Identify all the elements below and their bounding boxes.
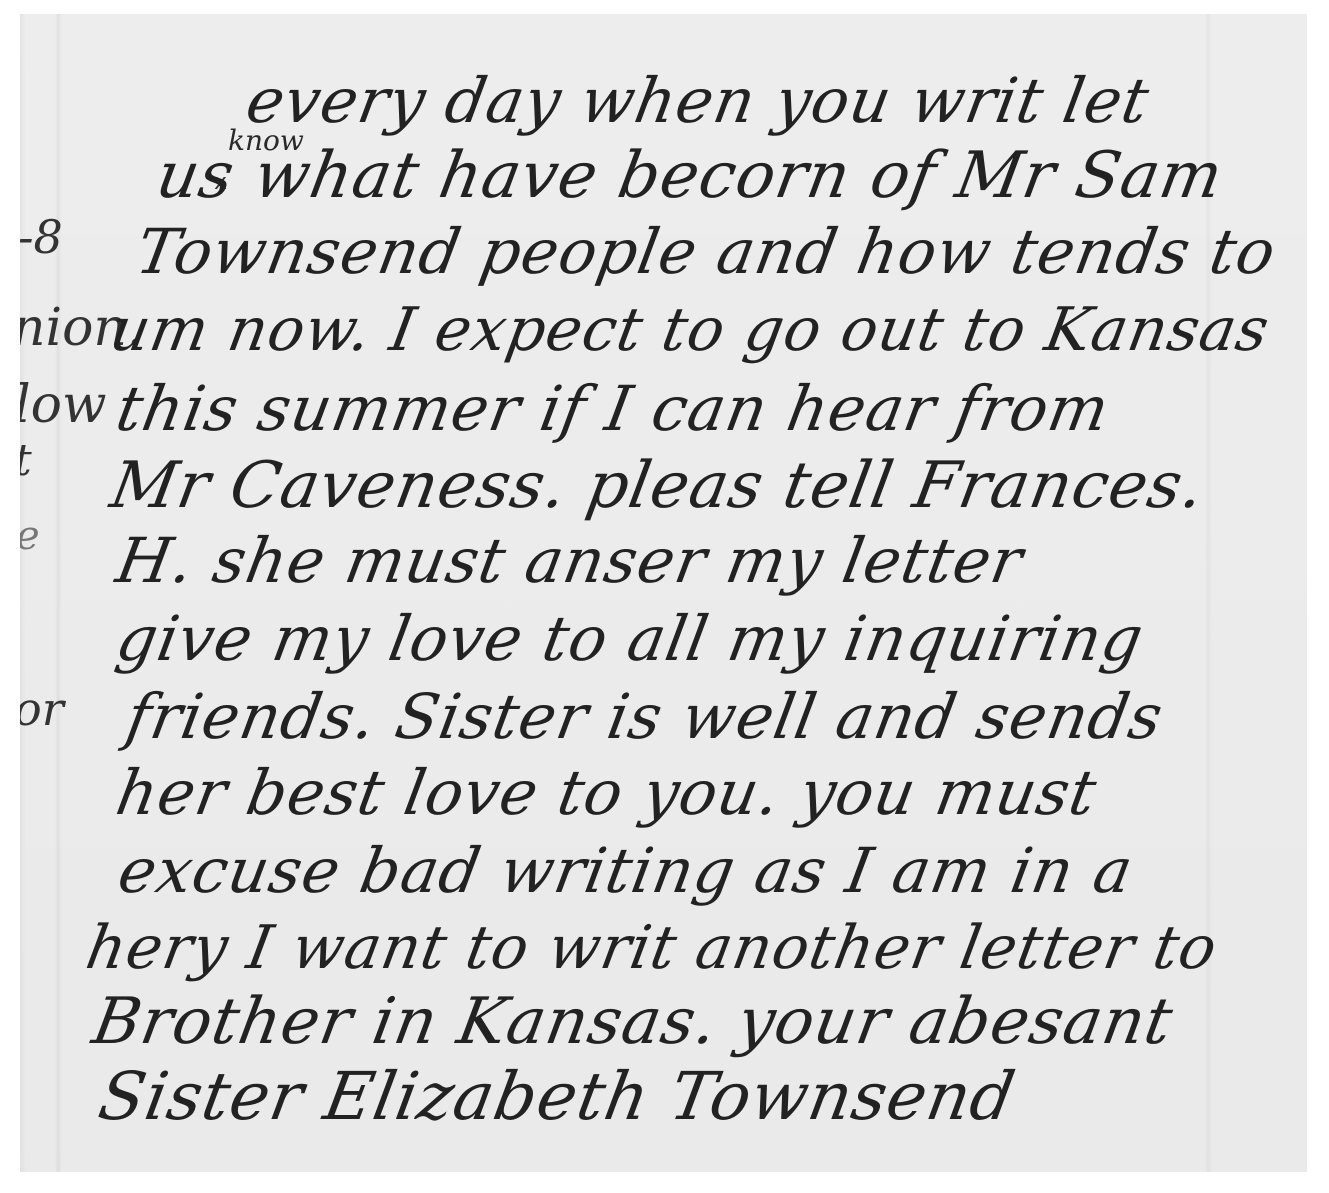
margin-fragment: e [20, 516, 40, 556]
margin-fragment: t [20, 439, 32, 483]
letter-line-8: give my love to all my inquiring [112, 608, 1148, 670]
signature-line: Sister Elizabeth Townsend [94, 1064, 1020, 1130]
margin-fragment: or [20, 686, 64, 732]
letter-line-1: every day when you writ let [242, 70, 1154, 132]
letter-line-10: her best love to you. you must [112, 762, 1101, 824]
letter-page: -8 nion. low t e or know x every day whe… [20, 14, 1307, 1172]
letter-line-9: friends. Sister is well and sends [122, 686, 1168, 748]
margin-fragment: -8 [20, 214, 63, 260]
letter-line-5: this summer if I can hear from [112, 378, 1114, 440]
letter-line-2: us what have becorn of Mr Sam [152, 144, 1228, 208]
margin-fragment: low [20, 379, 106, 431]
letter-line-4: um now. I expect to go out to Kansas [106, 300, 1274, 360]
letter-line-6: Mr Caveness. pleas tell Frances. [106, 454, 1209, 518]
letter-line-11: excuse bad writing as I am in a [114, 840, 1138, 902]
letter-line-7: H. she must anser my letter [112, 530, 1028, 592]
letter-line-12: hery I want to writ another letter to [82, 918, 1222, 978]
letter-line-13: Brother in Kansas. your abesant [88, 990, 1178, 1054]
letter-line-3: Townsend people and how tends to [132, 221, 1281, 283]
